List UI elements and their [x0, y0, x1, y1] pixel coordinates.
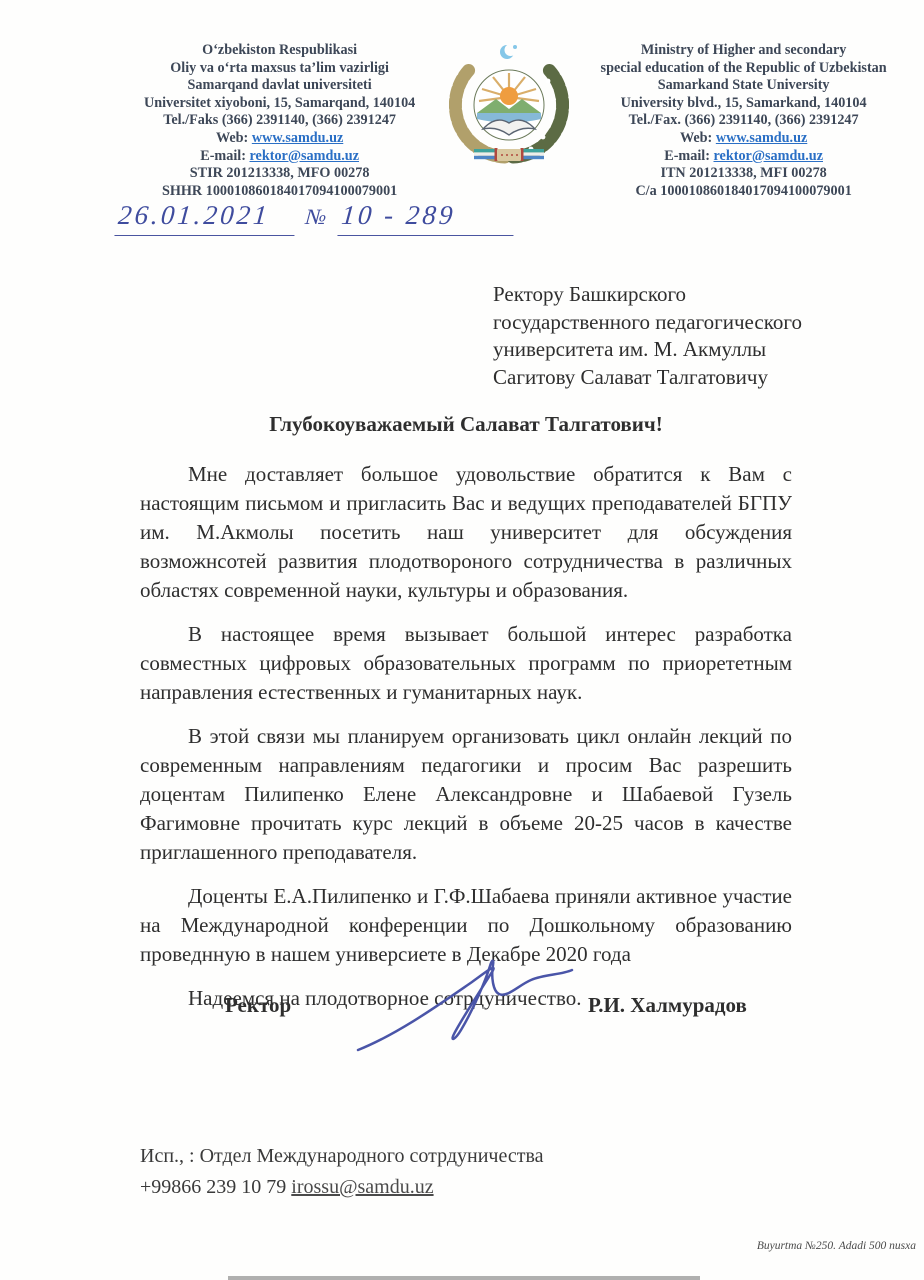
letterhead-web-line: Web: www.samdu.uz — [569, 130, 918, 148]
letterhead-email-line: E-mail: rektor@samdu.uz — [569, 148, 918, 166]
registration-line: 26.01.2021№10 - 289 — [114, 200, 516, 236]
letterhead-line: special education of the Republic of Uzb… — [569, 60, 918, 78]
letterhead-line: Universitet xiyoboni, 15, Samarqand, 140… — [110, 95, 449, 113]
salutation: Глубокоуважаемый Салават Талгатович! — [140, 410, 792, 439]
letterhead-line: University blvd., 15, Samarkand, 140104 — [569, 95, 918, 113]
email-label: E-mail: — [664, 148, 710, 164]
email-label: E-mail: — [200, 148, 246, 164]
email-link[interactable]: rektor@samdu.uz — [250, 148, 360, 164]
addressee-line: Ректору Башкирского — [493, 281, 893, 309]
uzbekistan-emblem-icon — [449, 39, 569, 200]
footer-email-link[interactable]: irossu@samdu.uz — [291, 1176, 433, 1198]
executor-note: Исп., : Отдел Международного сотрдуничес… — [140, 1141, 544, 1172]
number-sign: № — [305, 204, 329, 229]
letterhead-line: Oliy va o‘rta maxsus ta’lim vazirligi — [110, 60, 449, 78]
letterhead-uzbek: O‘zbekiston Respublikasi Oliy va o‘rta m… — [110, 42, 449, 200]
letter-page: O‘zbekiston Respublikasi Oliy va o‘rta m… — [0, 0, 924, 1280]
handwritten-date: 26.01.2021 — [114, 200, 297, 236]
signature-ink — [348, 946, 583, 1069]
letterhead-line: Samarkand State University — [569, 77, 918, 95]
print-order-note: Buyurtma №250. Adadi 500 nusxa — [757, 1240, 916, 1252]
addressee-line: Сагитову Салават Талгатовичу — [493, 364, 893, 392]
website-link[interactable]: www.samdu.uz — [252, 130, 343, 146]
letterhead-line: C/a 100010860184017094100079001 — [569, 183, 918, 201]
letterhead-web-line: Web: www.samdu.uz — [110, 130, 449, 148]
letterhead-line: Samarqand davlat universiteti — [110, 77, 449, 95]
addressee-line: университета им. М. Акмуллы — [493, 336, 893, 364]
letterhead-line: Tel./Fax. (366) 2391140, (366) 2391247 — [569, 112, 918, 130]
letterhead-line: STIR 201213338, MFO 00278 — [110, 165, 449, 183]
letterhead-line: SHHR 100010860184017094100079001 — [110, 183, 449, 201]
rector-name: Р.И. Халмурадов — [588, 993, 747, 1018]
letterhead-line: Tel./Faks (366) 2391140, (366) 2391247 — [110, 112, 449, 130]
letterhead-line: ITN 201213338, MFI 00278 — [569, 165, 918, 183]
letterhead-line: O‘zbekiston Respublikasi — [110, 42, 449, 60]
letterhead-english: Ministry of Higher and secondary special… — [569, 42, 918, 200]
footer: Исп., : Отдел Международного сотрдуничес… — [140, 1141, 544, 1203]
scan-artifact-strip — [228, 1276, 700, 1280]
web-label: Web: — [680, 130, 712, 146]
rector-title: Ректор — [225, 993, 291, 1018]
letter-body: Глубокоуважаемый Салават Талгатович! Мне… — [140, 410, 792, 1028]
executor-contact-line: +99866 239 10 79 irossu@samdu.uz — [140, 1172, 544, 1203]
body-paragraph: Мне доставляет большое удовольствие обра… — [140, 460, 792, 605]
letterhead: O‘zbekiston Respublikasi Oliy va o‘rta m… — [110, 42, 918, 200]
handwritten-number: 10 - 289 — [338, 200, 517, 236]
body-paragraph: В этой связи мы планируем организовать ц… — [140, 722, 792, 867]
executor-phone: +99866 239 10 79 — [140, 1176, 286, 1198]
website-link[interactable]: www.samdu.uz — [716, 130, 807, 146]
letterhead-line: Ministry of Higher and secondary — [569, 42, 918, 60]
addressee-line: государственного педагогического — [493, 309, 893, 337]
web-label: Web: — [216, 130, 248, 146]
addressee-block: Ректору Башкирского государственного пед… — [493, 281, 893, 391]
letterhead-email-line: E-mail: rektor@samdu.uz — [110, 148, 449, 166]
email-link[interactable]: rektor@samdu.uz — [714, 148, 824, 164]
body-paragraph: В настоящее время вызывает большой интер… — [140, 620, 792, 707]
